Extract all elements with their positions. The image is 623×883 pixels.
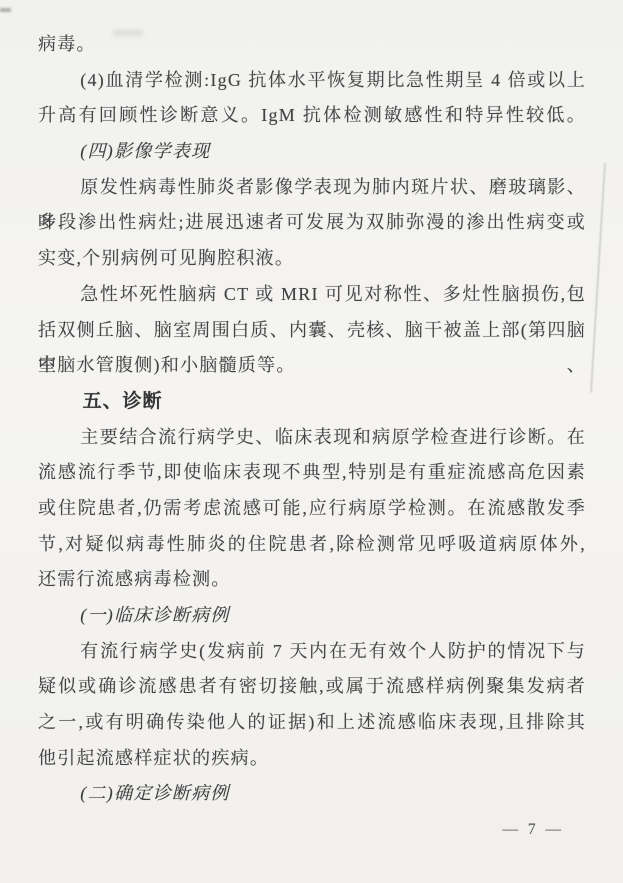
text-line: 原发性病毒性肺炎者影像学表现为肺内斑片状、磨玻璃影、多 bbox=[38, 170, 586, 206]
text-line: 病毒。 bbox=[38, 27, 586, 63]
scan-diagonal-line-artifact bbox=[590, 163, 606, 393]
text-line: 叶段渗出性病灶;进展迅速者可发展为双肺弥漫的渗出性病变或 bbox=[38, 205, 586, 241]
text-line: 之一,或有明确传染他人的证据)和上述流感临床表现,且排除其 bbox=[38, 705, 586, 741]
subsection-heading-clinical-diagnosis: (一)临床诊断病例 bbox=[38, 598, 586, 634]
subsection-heading-confirmed-diagnosis: (二)确定诊断病例 bbox=[38, 776, 586, 812]
text-line: 有流行病学史(发病前 7 天内在无有效个人防护的情况下与 bbox=[38, 634, 586, 670]
scanned-document-page: 病毒。 (4)血清学检测:IgG 抗体水平恢复期比急性期呈 4 倍或以上 升高有… bbox=[0, 0, 623, 883]
text-line: 升高有回顾性诊断意义。IgM 抗体检测敏感性和特异性较低。 bbox=[38, 98, 586, 134]
text-line: 流感流行季节,即使临床表现不典型,特别是有重症流感高危因素 bbox=[38, 455, 586, 491]
text-line: (4)血清学检测:IgG 抗体水平恢复期比急性期呈 4 倍或以上 bbox=[38, 63, 586, 99]
text-line: 节,对疑似病毒性肺炎的住院患者,除检测常见呼吸道病原体外, bbox=[38, 527, 586, 563]
page-number: — 7 — bbox=[38, 812, 586, 848]
text-line: 实变,个别病例可见胸腔积液。 bbox=[38, 241, 586, 277]
scan-edge-artifact bbox=[0, 8, 11, 12]
text-line: 还需行流感病毒检测。 bbox=[38, 562, 586, 598]
text-line: 主要结合流行病学史、临床表现和病原学检查进行诊断。在 bbox=[38, 420, 586, 456]
text-line: 括双侧丘脑、脑室周围白质、内囊、壳核、脑干被盖上部(第四脑室、 bbox=[38, 313, 586, 349]
text-line: 他引起流感样症状的疾病。 bbox=[38, 741, 586, 777]
text-line: 或住院患者,仍需考虑流感可能,应行病原学检测。在流感散发季 bbox=[38, 491, 586, 527]
subsection-heading-imaging: (四)影像学表现 bbox=[38, 134, 586, 170]
text-line: 急性坏死性脑病 CT 或 MRI 可见对称性、多灶性脑损伤,包 bbox=[38, 277, 586, 313]
text-line: 疑似或确诊流感患者有密切接触,或属于流感样病例聚集发病者 bbox=[38, 669, 586, 705]
section-heading-diagnosis: 五、诊断 bbox=[38, 384, 586, 420]
document-body: 病毒。 (4)血清学检测:IgG 抗体水平恢复期比急性期呈 4 倍或以上 升高有… bbox=[38, 27, 586, 883]
